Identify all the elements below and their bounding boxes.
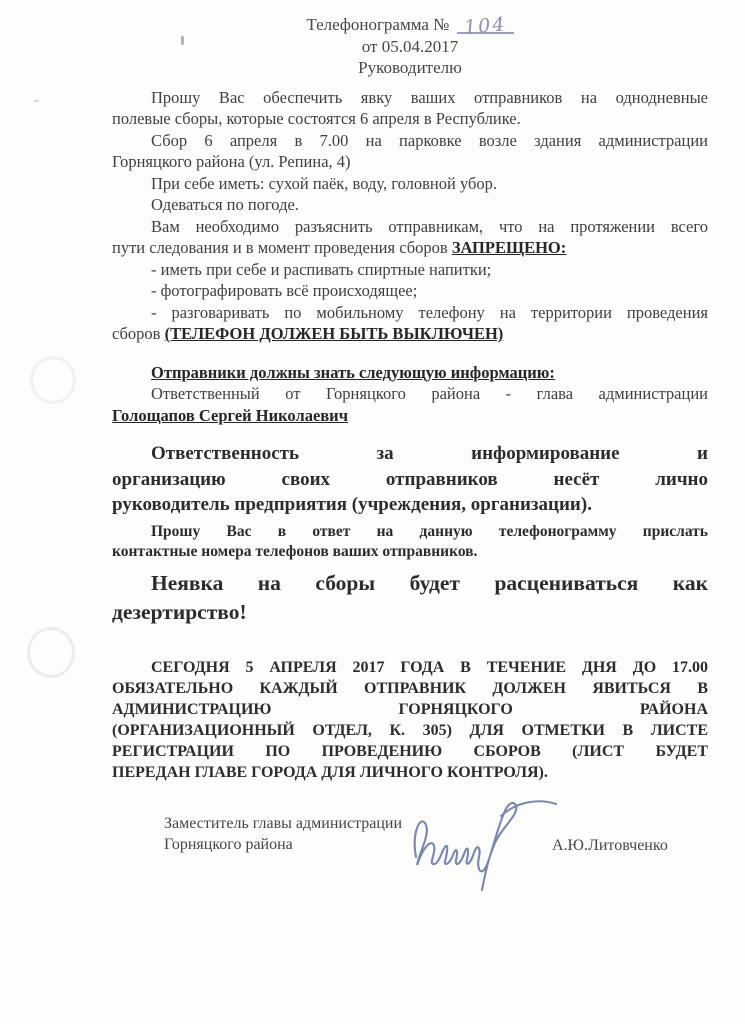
scan-artifact-ring-top	[30, 356, 76, 404]
responsibility-line-2: организацию своих отправников несёт личн…	[112, 467, 708, 493]
document-header: Телефонограмма №104 от 05.04.2017 Руково…	[112, 14, 708, 79]
signature-block: Заместитель главы администрации Горняцко…	[112, 813, 708, 943]
responsibility-line-3: руководитель предприятия (учреждения, ор…	[112, 492, 708, 518]
document-number-underline: 104	[457, 17, 513, 34]
today-line-5: РЕГИСТРАЦИИ ПО ПРОВЕДЕНИЮ СБОРОВ (ЛИСТ Б…	[112, 741, 708, 762]
explain-line-2-text: пути следования и в момент проведения сб…	[112, 238, 452, 257]
request-line-2: контактные номера телефонов ваших отправ…	[112, 542, 708, 563]
responsibility-paragraph: Ответственность за информирование и орга…	[112, 441, 708, 518]
explain-line-1: Вам необходимо разъяснить отправникам, ч…	[112, 216, 708, 238]
bring-line: При себе иметь: сухой паёк, воду, головн…	[112, 173, 708, 195]
today-line-3: АДМИНИСТРАЦИЮ ГОРНЯЦКОГО РАЙОНА	[112, 699, 708, 720]
today-notice-paragraph: СЕГОДНЯ 5 АПРЕЛЯ 2017 ГОДА В ТЕЧЕНИЕ ДНЯ…	[112, 657, 708, 783]
explain-line-2: пути следования и в момент проведения сб…	[112, 237, 708, 259]
dress-line: Одеваться по погоде.	[112, 194, 708, 216]
info-heading: Отправники должны знать следующую информ…	[112, 362, 708, 384]
info-section: Отправники должны знать следующую информ…	[112, 362, 708, 427]
prohibited-item-1: - иметь при себе и распивать спиртные на…	[112, 259, 708, 281]
document-date-line: от 05.04.2017	[112, 36, 708, 58]
intro-line-2: полевые сборы, которые состоятся 6 апрел…	[112, 108, 708, 130]
scan-speck-left-margin	[34, 100, 39, 102]
today-line-2: ОБЯЗАТЕЛЬНО КАЖДЫЙ ОТПРАВНИК ДОЛЖЕН ЯВИТ…	[112, 678, 708, 699]
document-title-line: Телефонограмма №104	[112, 14, 708, 36]
scan-artifact-ring-bottom	[27, 627, 75, 678]
request-line-1: Прошу Вас в ответ на данную телефонограм…	[112, 522, 708, 543]
responsible-name: Голощапов Сергей Николаевич	[112, 405, 708, 427]
signer-name: А.Ю.Литовченко	[552, 837, 668, 855]
document-body: Прошу Вас обеспечить явку ваших отправни…	[112, 87, 708, 345]
handwritten-signature	[404, 793, 564, 898]
responsible-line: Ответственный от Горняцкого района - гла…	[112, 383, 708, 405]
prohibited-item-3-line-1: - разговаривать по мобильному телефону н…	[112, 302, 708, 324]
request-paragraph: Прошу Вас в ответ на данную телефонограм…	[112, 522, 708, 563]
forbidden-emphasis: ЗАПРЕЩЕНО:	[452, 238, 566, 257]
responsibility-line-1: Ответственность за информирование и	[112, 441, 708, 467]
prohibited-item-2: - фотографировать всё происходящее;	[112, 280, 708, 302]
text-column: Телефонограмма №104 от 05.04.2017 Руково…	[112, 14, 708, 943]
scanned-document-page: Телефонограмма №104 от 05.04.2017 Руково…	[0, 0, 745, 1024]
warning-line-2: дезертирство!	[112, 598, 708, 627]
today-line-4: (ОРГАНИЗАЦИОННЫЙ ОТДЕЛ, К. 305) ДЛЯ ОТМЕ…	[112, 720, 708, 741]
document-type-label: Телефонограмма №	[306, 15, 449, 34]
document-addressee-line: Руководителю	[112, 57, 708, 79]
meeting-line-2: Горняцкого района (ул. Репина, 4)	[112, 151, 708, 173]
today-line-6: ПЕРЕДАН ГЛАВЕ ГОРОДА ДЛЯ ЛИЧНОГО КОНТРОЛ…	[112, 762, 708, 783]
warning-line-1: Неявка на сборы будет расцениваться как	[112, 569, 708, 598]
intro-line-1: Прошу Вас обеспечить явку ваших отправни…	[112, 87, 708, 109]
warning-paragraph: Неявка на сборы будет расцениваться как …	[112, 569, 708, 627]
phone-off-emphasis: (ТЕЛЕФОН ДОЛЖЕН БЫТЬ ВЫКЛЮЧЕН)	[165, 324, 504, 343]
prohibited-item-3-line-2: сборов (ТЕЛЕФОН ДОЛЖЕН БЫТЬ ВЫКЛЮЧЕН)	[112, 323, 708, 345]
document-number-handwritten: 104	[464, 17, 507, 35]
scan-speck-top-left	[181, 36, 184, 45]
prohibited-item-3-text: сборов	[112, 324, 165, 343]
today-line-1: СЕГОДНЯ 5 АПРЕЛЯ 2017 ГОДА В ТЕЧЕНИЕ ДНЯ…	[112, 657, 708, 678]
meeting-line-1: Сбор 6 апреля в 7.00 на парковке возле з…	[112, 130, 708, 152]
